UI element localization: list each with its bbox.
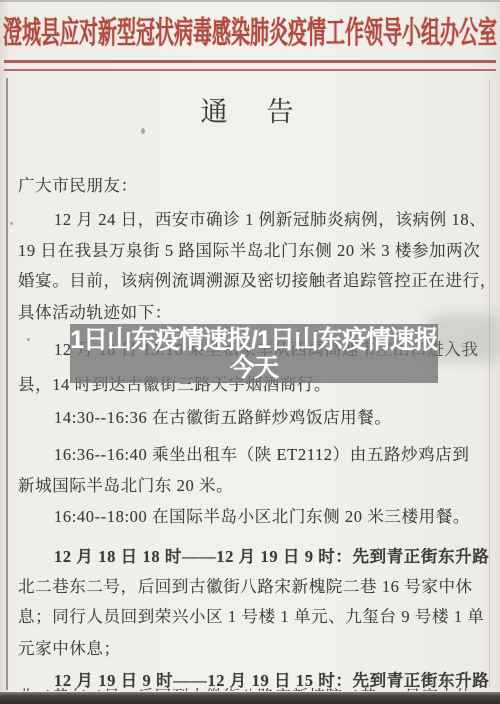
photo-speck	[141, 128, 145, 134]
header-double-rule-bottom	[4, 69, 496, 71]
body-line: 元家中休息；	[18, 635, 121, 659]
photo-bottom-edge-band	[0, 692, 500, 704]
photo-right-edge	[489, 80, 490, 688]
photo-top-edge	[0, 0, 500, 2]
body-line: 16:40--18:00 在国际半岛小区北门东侧 20 米三楼用餐。	[54, 503, 470, 527]
header-double-rule-top	[4, 60, 496, 63]
photo-speck	[10, 222, 13, 225]
notice-title: 通 告	[0, 90, 500, 129]
body-line: 息；同行人员回到荣兴小区 1 号楼 1 单元、九玺台 9 号楼 1 单	[18, 603, 485, 627]
body-line-clipped: 北二巷东二号，后回到古徽街八路宋新槐院二巷 16 号家中休	[18, 683, 473, 691]
body-line: 16:36--16:40 乘坐出租车（陕 ET2112）由五路炒鸡店到	[54, 441, 469, 465]
photo-speck	[27, 338, 30, 341]
notice-photo-page: 澄城县应对新型冠状病毒感染肺炎疫情工作领导小组办公室 通 告 广大市民朋友： 1…	[0, 0, 500, 704]
headline-line-1: 1日山东疫情速报/1日山东疫情速报	[70, 326, 438, 354]
headline-line-2: 今天	[230, 354, 278, 382]
body-line: 12 月 24 日，西安市确诊 1 例新冠肺炎病例，该病例 18、	[54, 206, 486, 230]
body-line: 婚宴。目前，该病例流调溯源及密切接触者追踪管控正在进行，	[18, 267, 497, 291]
photo-fold-line	[6, 78, 8, 690]
body-line: 北二巷东二号，后回到古徽街八路宋新槐院二巷 16 号家中休	[18, 573, 473, 597]
body-line-bold: 12 月 18 日 18 时——12 月 19 日 9 时：先到青正街东升路	[54, 543, 489, 567]
headline-overlay-banner: 1日山东疫情速报/1日山东疫情速报 今天	[70, 324, 438, 383]
body-line: 19 日在我县万泉街 5 路国际半岛北门东侧 20 米 3 楼参加两次	[18, 237, 480, 261]
body-line: 新城国际半岛北门东 20 米。	[18, 472, 233, 496]
body-line: 14:30--16:36 在古徽街五路鲜炒鸡饭店用餐。	[54, 404, 391, 428]
body-line: 具体活动轨迹如下：	[18, 299, 172, 323]
org-title: 澄城县应对新型冠状病毒感染肺炎疫情工作领导小组办公室	[0, 9, 500, 53]
body-line-salutation: 广大市民朋友：	[18, 172, 138, 196]
